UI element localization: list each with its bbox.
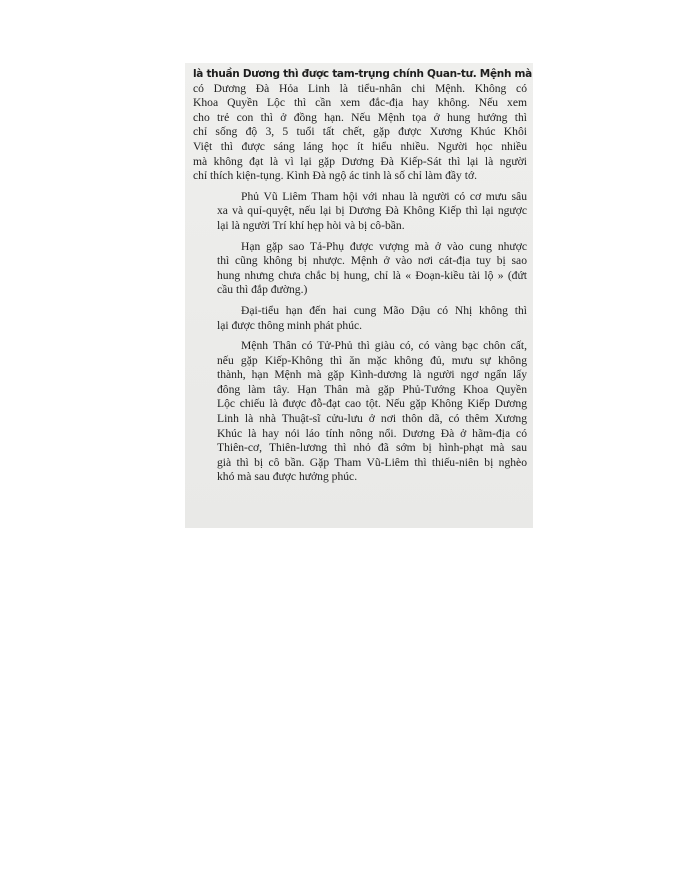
paragraph-1: là thuần Dương thì được tam-trụng chính … bbox=[193, 67, 527, 184]
scanned-page: là thuần Dương thì được tam-trụng chính … bbox=[185, 63, 533, 528]
text-line: thì cũng không bị nhược. Mệnh ở vào nơi … bbox=[193, 254, 527, 269]
text-line: Hạn gặp sao Tả-Phụ được vượng mà ở vào c… bbox=[193, 240, 527, 255]
paragraph-5: Mệnh Thân có Tử-Phủ thì giàu có, có vàng… bbox=[193, 339, 527, 485]
text-line: đông làm tây. Hạn Thân mà gặp Phủ-Tướng … bbox=[193, 383, 527, 398]
paragraph-3: Hạn gặp sao Tả-Phụ được vượng mà ở vào c… bbox=[193, 240, 527, 298]
paragraph-2: Phủ Vũ Liêm Tham hội với nhau là người c… bbox=[193, 190, 527, 234]
text-line: xa và quỉ-quyệt, nếu lại bị Dương Đà Khô… bbox=[193, 204, 527, 219]
text-line: mà không đạt là vì lại gặp Dương Đà Kiếp… bbox=[193, 155, 527, 170]
text-line: nếu gặp Kiếp-Không thì ăn mặc không đủ, … bbox=[193, 354, 527, 369]
paragraph-4: Đại-tiểu hạn đến hai cung Mão Dậu có Nhị… bbox=[193, 304, 527, 333]
text-line: có Dương Đà Hỏa Linh là tiểu-nhân chi Mệ… bbox=[193, 82, 527, 97]
text-line: Lộc chiếu là được đỗ-đạt cao tột. Nếu gặ… bbox=[193, 397, 527, 412]
text-line: khó mà sau được hưởng phúc. bbox=[193, 470, 527, 485]
text-line: Linh là nhà Thuật-sĩ cửu-lưu ở nơi thôn … bbox=[193, 412, 527, 427]
text-line: chỉ sống độ 3, 5 tuổi tất chết, gặp được… bbox=[193, 125, 527, 140]
text-line: hung nhưng chưa chắc bị hung, chỉ là « Đ… bbox=[193, 269, 527, 284]
text-line: lại được thông minh phát phúc. bbox=[193, 319, 527, 334]
text-line: Phủ Vũ Liêm Tham hội với nhau là người c… bbox=[193, 190, 527, 205]
text-line: Đại-tiểu hạn đến hai cung Mão Dậu có Nhị… bbox=[193, 304, 527, 319]
text-line: Việt thì được sáng láng học ít hiểu nhiề… bbox=[193, 140, 527, 155]
text-line: Khúc là hay nói láo tính nông nổi. Dương… bbox=[193, 427, 527, 442]
text-line: Mệnh Thân có Tử-Phủ thì giàu có, có vàng… bbox=[193, 339, 527, 354]
text-line: lại là người Trí khí hẹp hòi và bị cô-bầ… bbox=[193, 219, 527, 234]
text-line: thành, hạn Mệnh mà gặp Kình-dương là ngư… bbox=[193, 368, 527, 383]
text-line: Thiên-cơ, Thiên-lương thì nhỏ đã sớm bị … bbox=[193, 441, 527, 456]
text-line: Khoa Quyền Lộc thì cần xem đắc-địa hay k… bbox=[193, 96, 527, 111]
text-line: cho trẻ con thì ở đồng hạn. Nếu Mệnh tọa… bbox=[193, 111, 527, 126]
text-line: già thì bị cô bần. Gặp Tham Vũ-Liêm thì … bbox=[193, 456, 527, 471]
text-line: là thuần Dương thì được tam-trụng chính … bbox=[193, 67, 527, 82]
text-line: chỉ thích kiện-tụng. Kình Đà ngộ ác tinh… bbox=[193, 169, 527, 184]
text-line: cầu thì đắp đường.) bbox=[193, 283, 527, 298]
